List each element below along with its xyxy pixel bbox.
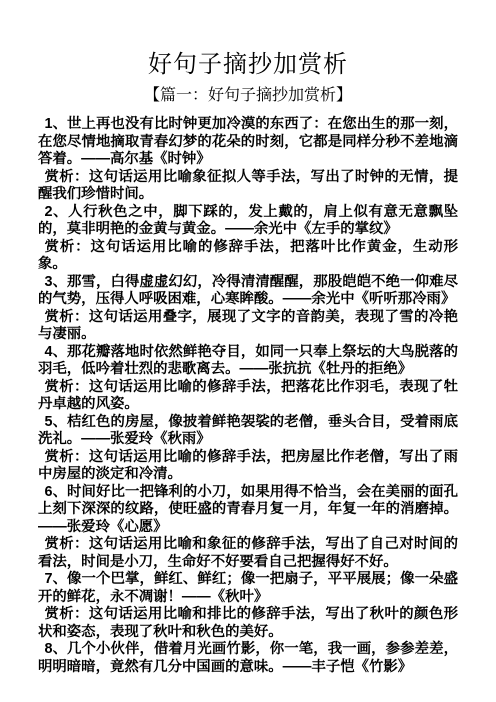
- item-2-quote: 2、人行秋色之中，脚下踩的，发上戴的，肩上似有意无意飘坠的，莫非明艳的金黄与黄金…: [38, 204, 458, 239]
- item-2-analysis: 赏析：这句话运用比喻的修辞手法，把落叶比作黄金，生动形象。: [38, 239, 458, 274]
- item-3-quote: 3、那雪，白得虚虚幻幻，冷得清清醒醒，那股皑皑不绝一仰难尽的气势，压得人呼吸困难…: [38, 274, 458, 309]
- item-6-quote: 6、时间好比一把锋利的小刀，如果用得不恰当，会在美丽的面孔上刻下深深的纹路，使旺…: [38, 484, 458, 537]
- document-body: 1、世上再也没有比时钟更加冷漠的东西了：在您出生的那一刻，在您尽情地摘取青春幻梦…: [38, 116, 458, 676]
- item-4-analysis: 赏析：这句话运用比喻的修辞手法，把落花比作羽毛，表现了牡丹卓越的风姿。: [38, 379, 458, 414]
- item-8-quote: 8、几个小伙伴，借着月光画竹影，你一笔，我一画，参参差差，明明暗暗，竟然有几分中…: [38, 641, 458, 676]
- item-1-analysis: 赏析：这句话运用比喻象征拟人等手法，写出了时钟的无情，提醒我们珍惜时间。: [38, 169, 458, 204]
- item-4-quote: 4、那花瓣落地时依然鲜艳夺目，如同一只奉上祭坛的大鸟脱落的羽毛，低吟着壮烈的悲歌…: [38, 344, 458, 379]
- item-3-analysis: 赏析：这句话运用叠字，展现了文字的音韵美，表现了雪的冷艳与凄丽。: [38, 309, 458, 344]
- document-page: 好句子摘抄加赏析 【篇一：好句子摘抄加赏析】 1、世上再也没有比时钟更加冷漠的东…: [0, 0, 496, 702]
- item-7-quote: 7、像一个巴掌，鲜红、鲜红；像一把扇子，平平展展；像一朵盛开的鲜花，永不凋谢！—…: [38, 571, 458, 606]
- item-1-quote: 1、世上再也没有比时钟更加冷漠的东西了：在您出生的那一刻，在您尽情地摘取青春幻梦…: [38, 116, 458, 169]
- page-title: 好句子摘抄加赏析: [38, 50, 458, 80]
- item-7-analysis: 赏析：这句话运用比喻和排比的修辞手法，写出了秋叶的颜色形状和姿态，表现了秋叶和秋…: [38, 606, 458, 641]
- item-6-analysis: 赏析：这句话运用比喻和象征的修辞手法，写出了自己对时间的看法，时间是小刀，生命好…: [38, 536, 458, 571]
- item-5-quote: 5、桔红色的房屋，像披着鲜艳袈裟的老僧，垂头合目，受着雨底洗礼。——张爱玲《秋雨…: [38, 414, 458, 449]
- item-5-analysis: 赏析：这句话运用比喻的修辞手法，把房屋比作老僧，写出了雨中房屋的淡定和冷清。: [38, 449, 458, 484]
- section-subtitle: 【篇一：好句子摘抄加赏析】: [38, 85, 458, 107]
